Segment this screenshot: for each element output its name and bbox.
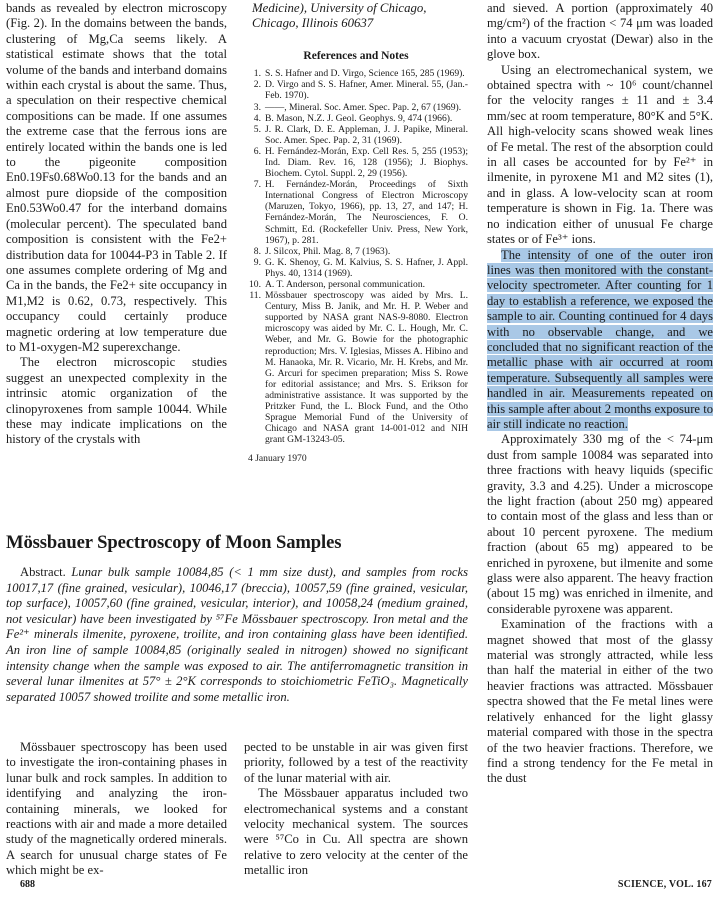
right-column: and sieved. A portion (approximately 40 … <box>487 1 713 787</box>
reference-text: ——, Mineral. Soc. Amer. Spec. Pap. 2, 67… <box>265 102 468 113</box>
reference-text: H. Fernández-Morán, Proceedings of Sixth… <box>265 179 468 246</box>
reference-number: 2. <box>244 79 265 101</box>
affiliation-line: Medicine), University of Chicago, <box>252 1 468 16</box>
body-paragraph: The Mössbauer apparatus included two ele… <box>244 786 468 878</box>
references-heading: References and Notes <box>244 49 468 64</box>
reference-item: 9.G. K. Shenoy, G. M. Kalvius, S. S. Haf… <box>244 257 468 279</box>
reference-text: D. Virgo and S. S. Hafner, Amer. Mineral… <box>265 79 468 101</box>
reference-text: Mössbauer spectroscopy was aided by Mrs.… <box>265 290 468 445</box>
references-list: 1.S. S. Hafner and D. Virgo, Science 165… <box>244 68 468 445</box>
reference-number: 5. <box>244 124 265 146</box>
reference-text: J. R. Clark, D. E. Appleman, J. J. Papik… <box>265 124 468 146</box>
highlighted-paragraph[interactable]: The intensity of one of the outer iron l… <box>487 248 713 433</box>
reference-text: G. K. Shenoy, G. M. Kalvius, S. S. Hafne… <box>265 257 468 279</box>
reference-item: 8.J. Silcox, Phil. Mag. 8, 7 (1963). <box>244 246 468 257</box>
middle-column-bottom: pected to be unstable in air was given f… <box>244 740 468 879</box>
reference-number: 4. <box>244 113 265 124</box>
article-title: Mössbauer Spectroscopy of Moon Samples <box>6 532 476 554</box>
reference-item: 1.S. S. Hafner and D. Virgo, Science 165… <box>244 68 468 79</box>
left-column-top: bands as revealed by electron microscopy… <box>6 1 227 448</box>
author-affiliation: Medicine), University of Chicago, Chicag… <box>244 1 468 32</box>
reference-text: H. Fernández-Morán, Exp. Cell Res. 5, 25… <box>265 146 468 179</box>
affiliation-line: Chicago, Illinois 60637 <box>252 16 468 31</box>
abstract-label: Abstract. <box>20 565 66 579</box>
reference-text: J. Silcox, Phil. Mag. 8, 7 (1963). <box>265 246 468 257</box>
reference-text: A. T. Anderson, personal communication. <box>265 279 468 290</box>
reference-text: B. Mason, N.Z. J. Geol. Geophys. 9, 474 … <box>265 113 468 124</box>
reference-number: 8. <box>244 246 265 257</box>
reference-number: 11. <box>244 290 265 445</box>
body-paragraph: Using an electromechanical system, we ob… <box>487 63 713 248</box>
reference-number: 9. <box>244 257 265 279</box>
reference-item: 5.J. R. Clark, D. E. Appleman, J. J. Pap… <box>244 124 468 146</box>
body-paragraph: Examination of the fractions with a magn… <box>487 617 713 786</box>
body-paragraph: bands as revealed by electron microscopy… <box>6 1 227 355</box>
reference-number: 3. <box>244 102 265 113</box>
body-paragraph: pected to be unstable in air was given f… <box>244 740 468 786</box>
reference-item: 3.——, Mineral. Soc. Amer. Spec. Pap. 2, … <box>244 102 468 113</box>
reference-number: 1. <box>244 68 265 79</box>
reference-item: 6.H. Fernández-Morán, Exp. Cell Res. 5, … <box>244 146 468 179</box>
received-date: 4 January 1970 <box>244 451 468 466</box>
reference-item: 7.H. Fernández-Morán, Proceedings of Six… <box>244 179 468 246</box>
page-number: 688 <box>20 879 35 890</box>
reference-item: 10.A. T. Anderson, personal communicatio… <box>244 279 468 290</box>
body-paragraph: Approximately 330 mg of the < 74-μm dust… <box>487 432 713 617</box>
reference-number: 6. <box>244 146 265 179</box>
reference-text: S. S. Hafner and D. Virgo, Science 165, … <box>265 68 468 79</box>
middle-column-top: Medicine), University of Chicago, Chicag… <box>244 1 468 467</box>
abstract: Abstract. Lunar bulk sample 10084,85 (< … <box>6 565 468 705</box>
journal-reference: SCIENCE, VOL. 167 <box>618 879 712 890</box>
body-paragraph: and sieved. A portion (approximately 40 … <box>487 1 713 63</box>
reference-item: 11.Mössbauer spectroscopy was aided by M… <box>244 290 468 445</box>
reference-item: 4.B. Mason, N.Z. J. Geol. Geophys. 9, 47… <box>244 113 468 124</box>
text-selection-highlight[interactable]: The intensity of one of the outer iron l… <box>487 248 713 431</box>
reference-number: 7. <box>244 179 265 246</box>
abstract-text: Lunar bulk sample 10084,85 (< 1 mm size … <box>6 565 468 704</box>
body-paragraph: Mössbauer spectroscopy has been used to … <box>6 740 227 879</box>
left-column-bottom: Mössbauer spectroscopy has been used to … <box>6 740 227 879</box>
body-paragraph: The electron microscopic studies suggest… <box>6 355 227 447</box>
reference-item: 2.D. Virgo and S. S. Hafner, Amer. Miner… <box>244 79 468 101</box>
reference-number: 10. <box>244 279 265 290</box>
